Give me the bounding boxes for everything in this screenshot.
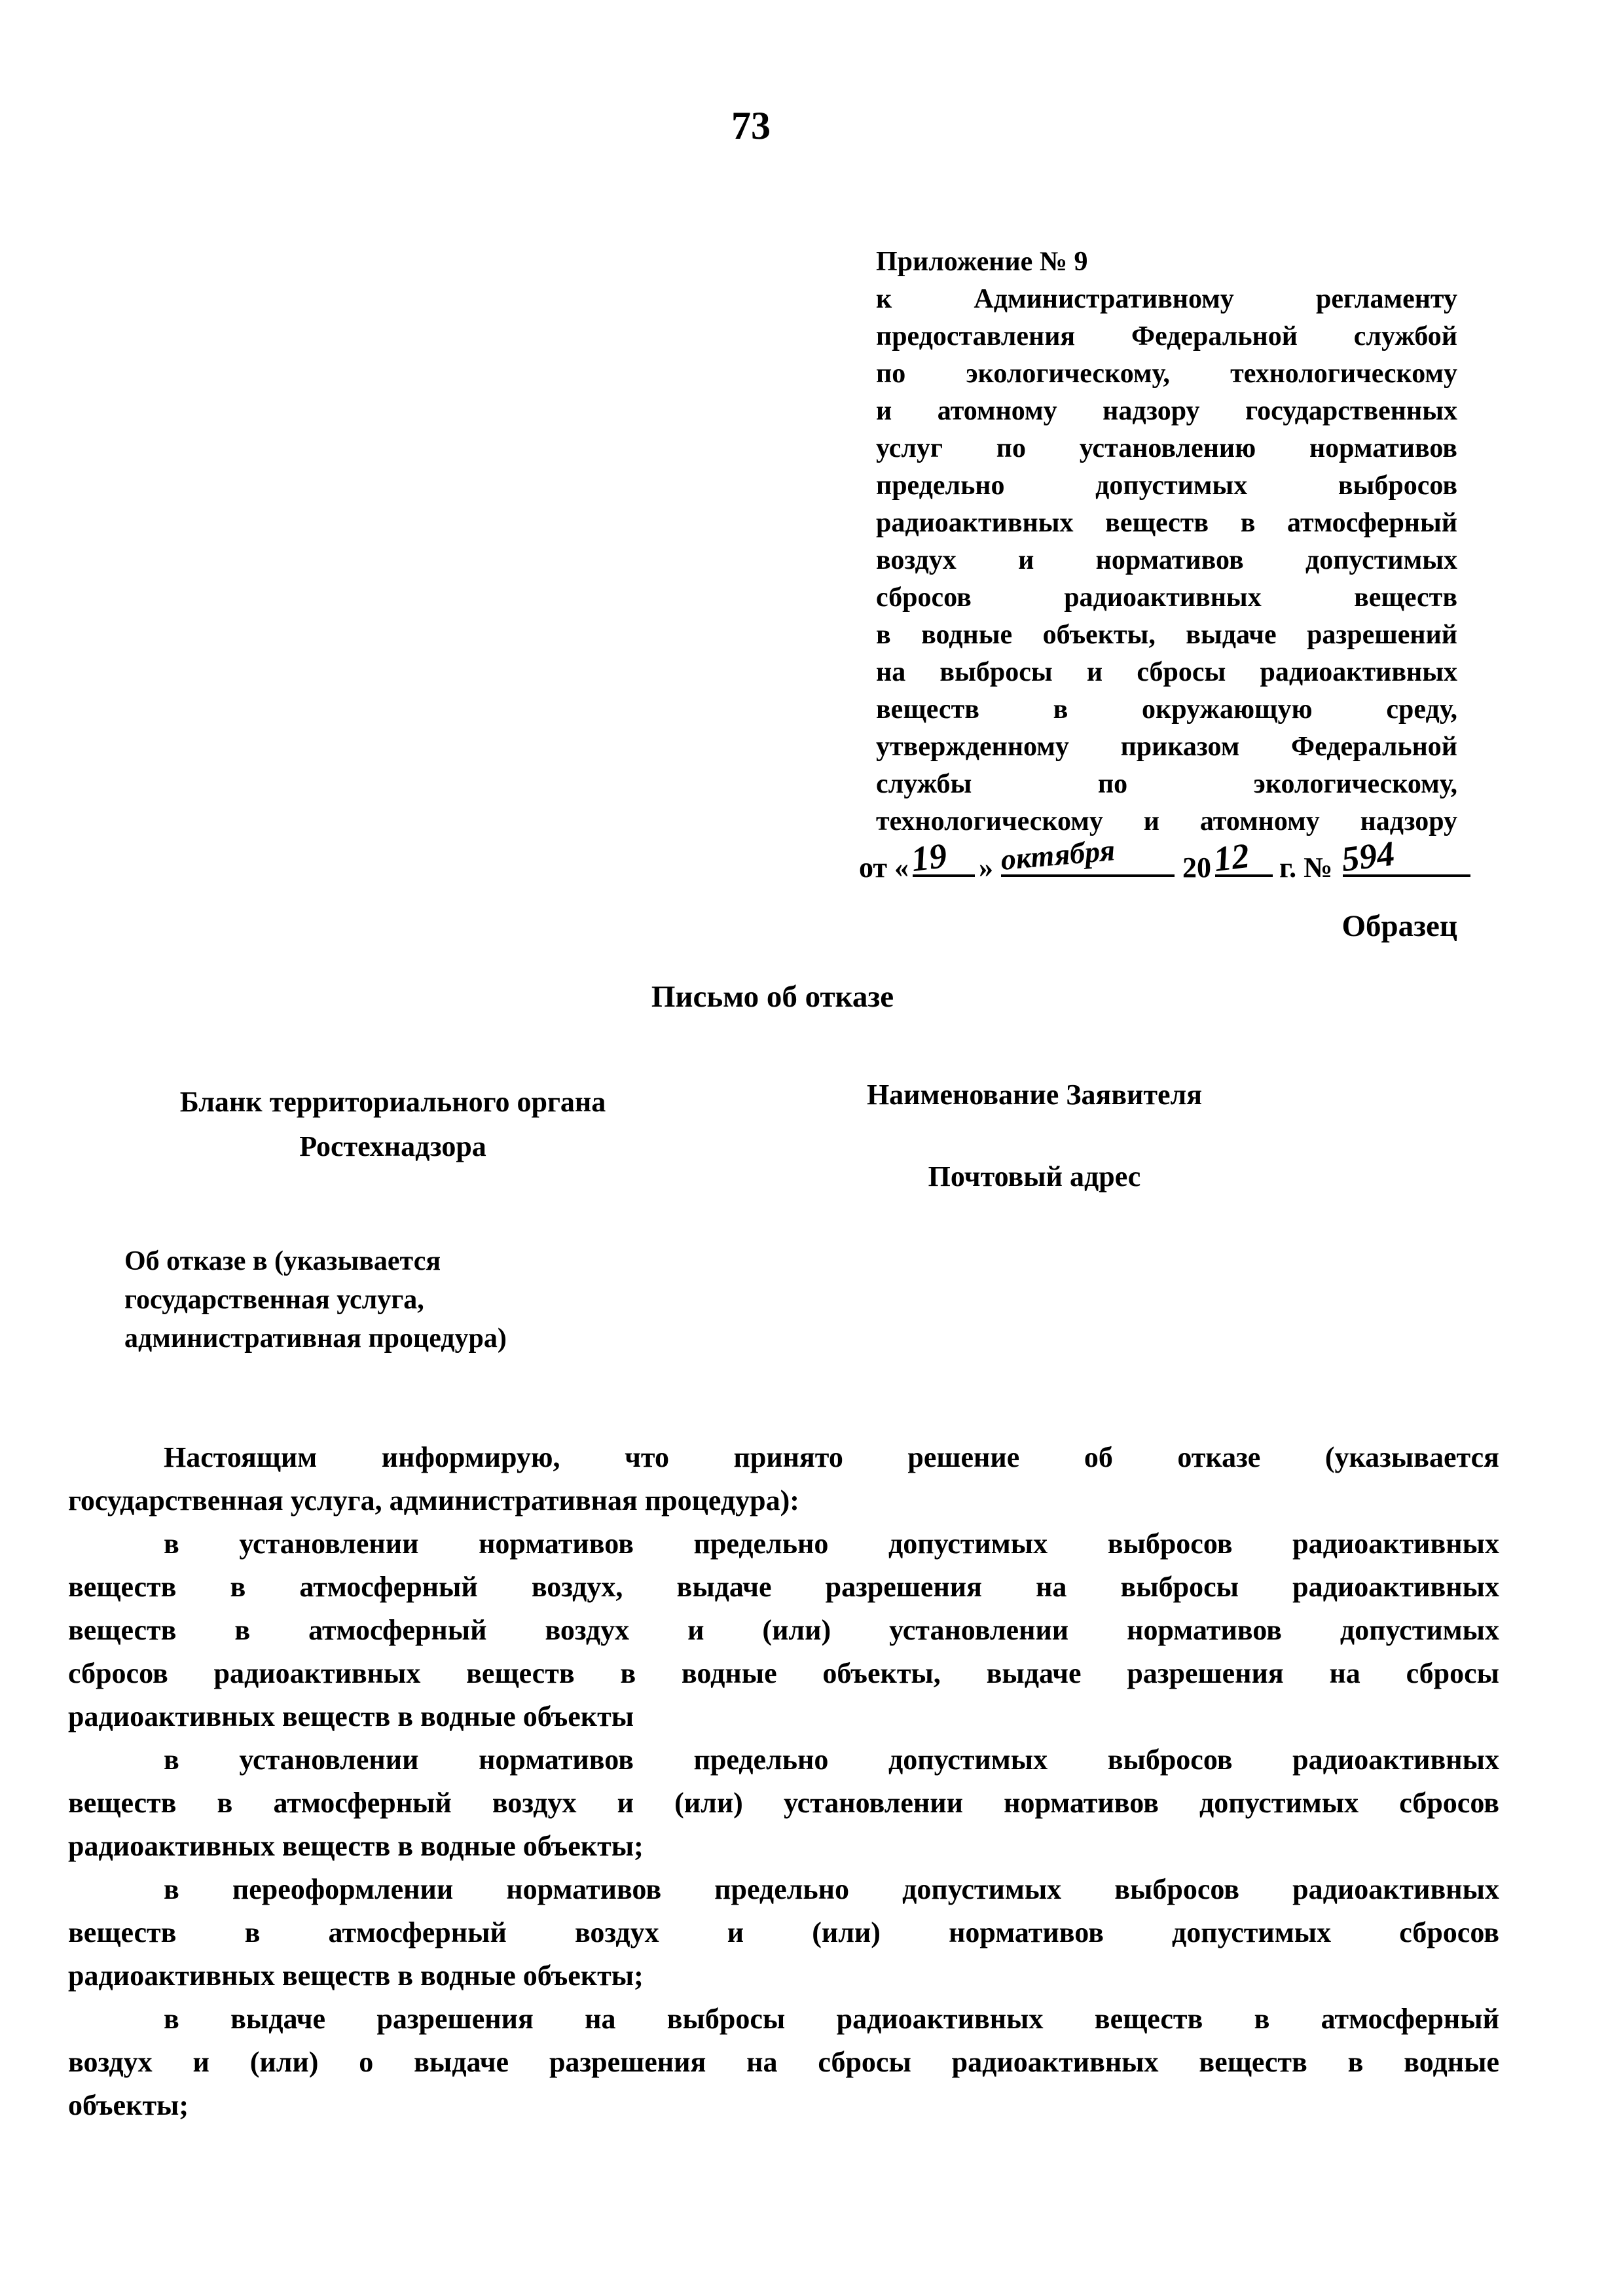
appendix-line: услуг по установлению нормативов — [876, 430, 1457, 467]
sample-label: Образец — [876, 908, 1457, 944]
body-line: в установлении нормативов предельно допу… — [68, 1738, 1499, 1782]
appendix-line: сбросов радиоактивных веществ — [876, 579, 1457, 617]
body-line: веществ в атмосферный воздух и (или) нор… — [68, 1911, 1499, 1954]
body-line: веществ в атмосферный воздух и (или) уст… — [68, 1782, 1499, 1825]
appendix-line: утвержденному приказом Федеральной — [876, 728, 1457, 766]
handwritten-number: 594 — [1340, 833, 1397, 880]
appendix-date-line: от « 19 » октября 20 12 г. № 594 — [859, 839, 1487, 884]
date-number-blank: 594 — [1343, 839, 1470, 877]
appendix-line: и атомному надзору государственных — [876, 393, 1457, 430]
date-month-blank: октября — [1001, 839, 1175, 877]
date-year-blank: 12 — [1215, 839, 1273, 877]
body-line: в выдаче разрешения на выбросы радиоакти… — [68, 1998, 1499, 2041]
subject-line: Об отказе в (указывается — [124, 1242, 635, 1281]
body-line: в переоформлении нормативов предельно до… — [68, 1868, 1499, 1911]
sender-line2: Ростехнадзора — [124, 1124, 661, 1169]
body-line: сбросов радиоактивных веществ в водные о… — [68, 1652, 1499, 1695]
recipient-name: Наименование Заявителя — [822, 1076, 1247, 1113]
document-page: 73 Приложение № 9к Административному рег… — [0, 0, 1623, 2296]
appendix-line: на выбросы и сбросы радиоактивных — [876, 654, 1457, 691]
appendix-line: предельно допустимых выбросов — [876, 467, 1457, 505]
body-line: объекты; — [68, 2084, 1499, 2127]
appendix-line: веществ в окружающую среду, — [876, 691, 1457, 728]
appendix-line: по экологическому, технологическому — [876, 355, 1457, 393]
body-line: веществ в атмосферный воздух, выдаче раз… — [68, 1566, 1499, 1609]
appendix-line: Приложение № 9 — [876, 243, 1457, 281]
handwritten-day: 19 — [909, 835, 949, 880]
body-line: радиоактивных веществ в водные объекты; — [68, 1825, 1499, 1868]
recipient-address: Почтовый адрес — [822, 1158, 1247, 1195]
sender-block: Бланк территориального органа Ростехнадз… — [124, 1080, 661, 1169]
body-line: Настоящим информирую, что принято решени… — [68, 1436, 1499, 1479]
appendix-line: в водные объекты, выдаче разрешений — [876, 617, 1457, 654]
body-line: веществ в атмосферный воздух и (или) уст… — [68, 1609, 1499, 1652]
body-line: в установлении нормативов предельно допу… — [68, 1522, 1499, 1566]
subject-block: Об отказе в (указываетсягосударственная … — [124, 1242, 635, 1358]
body-line: радиоактивных веществ в водные объекты; — [68, 1954, 1499, 1998]
body-text-block: Настоящим информирую, что принято решени… — [68, 1436, 1499, 2127]
body-line: воздух и (или) о выдаче разрешения на сб… — [68, 2041, 1499, 2084]
date-prefix-label: от « — [859, 851, 909, 884]
handwritten-year: 12 — [1211, 835, 1251, 880]
appendix-header-block: Приложение № 9к Административному реглам… — [876, 243, 1457, 840]
appendix-line: службы по экологическому, — [876, 766, 1457, 803]
subject-line: государственная услуга, — [124, 1281, 635, 1319]
page-number: 73 — [0, 103, 1502, 149]
date-number-label: г. № — [1279, 851, 1332, 884]
date-close-quote-label: » — [979, 851, 993, 884]
appendix-line: технологическому и атомному надзору — [876, 803, 1457, 840]
date-year-prefix-label: 20 — [1182, 851, 1211, 884]
subject-line: административная процедура) — [124, 1319, 635, 1358]
body-line: государственная услуга, административная… — [68, 1479, 1499, 1522]
appendix-line: предоставления Федеральной службой — [876, 318, 1457, 355]
body-line: радиоактивных веществ в водные объекты — [68, 1695, 1499, 1738]
sender-line1: Бланк территориального органа — [124, 1080, 661, 1124]
handwritten-month: октября — [999, 833, 1116, 877]
appendix-line: воздух и нормативов допустимых — [876, 542, 1457, 579]
recipient-block: Наименование Заявителя Почтовый адрес — [822, 1076, 1247, 1195]
appendix-line: к Административному регламенту — [876, 281, 1457, 318]
appendix-line: радиоактивных веществ в атмосферный — [876, 505, 1457, 542]
document-title: Письмо об отказе — [0, 979, 1545, 1014]
date-day-blank: 19 — [913, 839, 975, 877]
